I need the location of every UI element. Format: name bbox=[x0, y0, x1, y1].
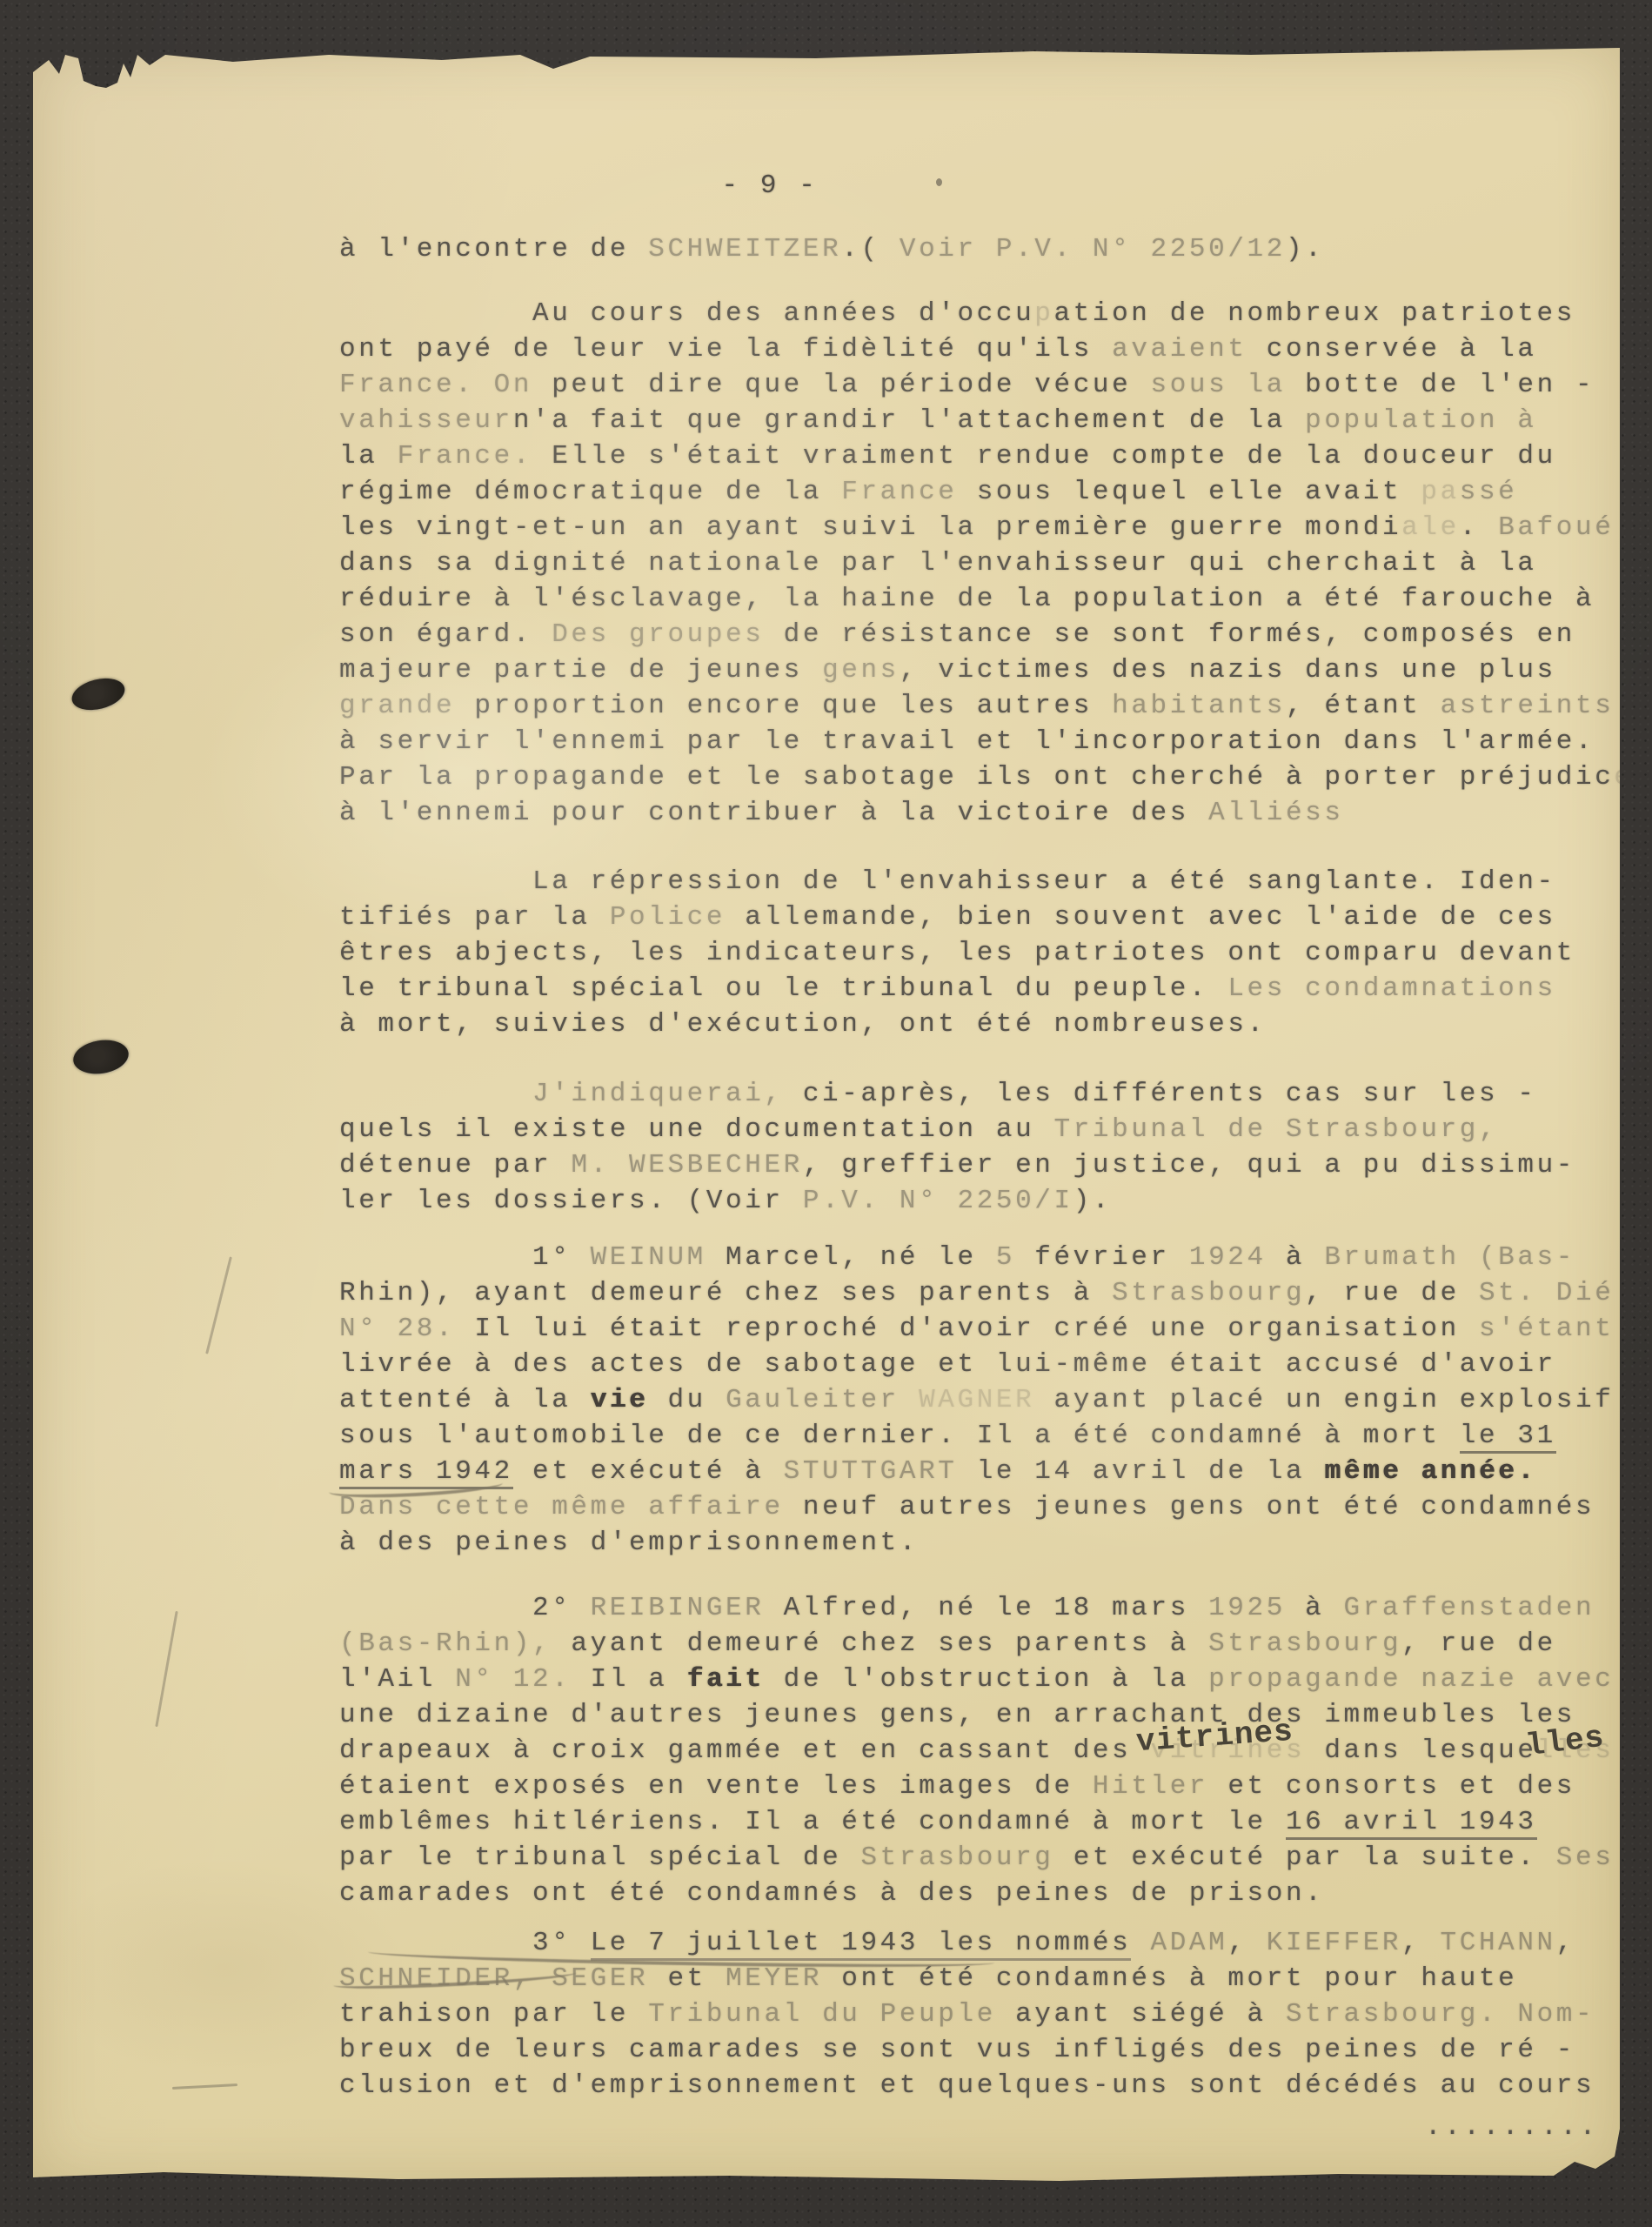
typed-line: par le tribunal spécial de Strasbourg et… bbox=[339, 1840, 1614, 1876]
typed-line: quels il existe une documentation au Tri… bbox=[339, 1112, 1575, 1147]
paragraph-documentation: J'indiquerai, ci-après, les différents c… bbox=[339, 1076, 1575, 1219]
typed-line: 2° REIBINGER Alfred, né le 18 mars 1925 … bbox=[339, 1590, 1614, 1626]
case-1-weinum: 1° WEINUM Marcel, né le 5 février 1924 à… bbox=[339, 1240, 1614, 1561]
typed-line: à servir l'ennemi par le travail et l'in… bbox=[339, 724, 1620, 759]
typed-line: êtres abjects, les indicateurs, les patr… bbox=[339, 935, 1575, 971]
typed-line: drapeaux à croix gammée et en cassant de… bbox=[339, 1733, 1614, 1769]
typed-line: Par la propagande et le sabotage ils ont… bbox=[339, 759, 1620, 795]
typed-line: emblêmes hitlériens. Il a été condamné à… bbox=[339, 1804, 1614, 1840]
typed-line: Au cours des années d'occupation de nomb… bbox=[339, 296, 1620, 331]
typed-line: livrée à des actes de sabotage et lui-mê… bbox=[339, 1347, 1614, 1382]
typed-line: son égard. Des groupes de résistance se … bbox=[339, 617, 1620, 652]
ellipsis-line: ......... bbox=[1425, 2110, 1599, 2145]
typed-line: 1° WEINUM Marcel, né le 5 février 1924 à… bbox=[339, 1240, 1614, 1275]
typed-line: (Bas-Rhin), ayant demeuré chez ses paren… bbox=[339, 1626, 1614, 1662]
typed-line: détenue par M. WESBECHER, greffier en ju… bbox=[339, 1147, 1575, 1183]
typed-line: tifiés par la Police allemande, bien sou… bbox=[339, 899, 1575, 935]
typed-line: réduire à l'ésclavage, la haine de la po… bbox=[339, 581, 1620, 617]
typed-line: N° 28. Il lui était reproché d'avoir cré… bbox=[339, 1311, 1614, 1347]
typed-line: grande proportion encore que les autres … bbox=[339, 688, 1620, 724]
typed-line: J'indiquerai, ci-après, les différents c… bbox=[339, 1076, 1575, 1112]
typed-line: l'Ail N° 12. Il a fait de l'obstruction … bbox=[339, 1662, 1614, 1697]
typed-line: Dans cette même affaire neuf autres jeun… bbox=[339, 1489, 1614, 1525]
typed-line: ont payé de leur vie la fidèlité qu'ils … bbox=[339, 331, 1620, 367]
typed-line: clusion et d'emprisonnement et quelques-… bbox=[339, 2068, 1595, 2103]
typed-line: régime démocratique de la France sous le… bbox=[339, 474, 1620, 510]
paragraph-repression: La répression de l'envahisseur a été san… bbox=[339, 864, 1575, 1042]
typed-line: dans sa dignité nationale par l'envahiss… bbox=[339, 545, 1620, 581]
typed-line: le tribunal spécial ou le tribunal du pe… bbox=[339, 971, 1575, 1006]
document-body: à l'encontre de SCHWEITZER.( Voir P.V. N… bbox=[33, 48, 1620, 2181]
typed-line: sous l'automobile de ce dernier. Il a ét… bbox=[339, 1418, 1614, 1454]
typed-line: mars 1942 et exécuté à STUTTGART le 14 a… bbox=[339, 1454, 1614, 1489]
typed-line: à l'ennemi pour contribuer à la victoire… bbox=[339, 795, 1620, 831]
typed-line: ......... bbox=[1425, 2110, 1599, 2145]
line-schweitzer-reference: à l'encontre de SCHWEITZER.( Voir P.V. N… bbox=[339, 231, 1324, 267]
typed-line: vahisseurn'a fait que grandir l'attachem… bbox=[339, 403, 1620, 438]
scanned-page: - 9 - à l'encontre de SCHWEITZER.( Voir … bbox=[33, 48, 1620, 2181]
typed-line: Rhin), ayant demeuré chez ses parents à … bbox=[339, 1275, 1614, 1311]
typed-line: breux de leurs camarades se sont vus inf… bbox=[339, 2032, 1595, 2068]
ink-speck-near-page-number bbox=[936, 178, 942, 186]
typed-line: trahison par le Tribunal du Peuple ayant… bbox=[339, 1996, 1595, 2032]
typed-line: attenté à la vie du Gauleiter WAGNER aya… bbox=[339, 1382, 1614, 1418]
typed-line: à des peines d'emprisonnement. bbox=[339, 1525, 1614, 1561]
typed-line: à l'encontre de SCHWEITZER.( Voir P.V. N… bbox=[339, 231, 1324, 267]
typed-line: la France. Elle s'était vraiment rendue … bbox=[339, 438, 1620, 474]
paragraph-occupation: Au cours des années d'occupation de nomb… bbox=[339, 296, 1620, 831]
typed-line: les vingt-et-un an ayant suivi la premiè… bbox=[339, 510, 1620, 545]
typed-line: France. On peut dire que la période vécu… bbox=[339, 367, 1620, 403]
case-2-reibinger: 2° REIBINGER Alfred, né le 18 mars 1925 … bbox=[339, 1590, 1614, 1911]
typed-line: La répression de l'envahisseur a été san… bbox=[339, 864, 1575, 899]
typed-line: majeure partie de jeunes gens, victimes … bbox=[339, 652, 1620, 688]
typed-line: une dizaine d'autres jeunes gens, en arr… bbox=[339, 1697, 1614, 1733]
typed-line: ler les dossiers. (Voir P.V. N° 2250/I). bbox=[339, 1183, 1575, 1219]
typed-line: camarades ont été condamnés à des peines… bbox=[339, 1876, 1614, 1911]
scan-background: { "colors": { "background": "#363330", "… bbox=[0, 0, 1652, 2227]
typed-line: étaient exposés en vente les images de H… bbox=[339, 1769, 1614, 1804]
typed-line: à mort, suivies d'exécution, ont été nom… bbox=[339, 1006, 1575, 1042]
